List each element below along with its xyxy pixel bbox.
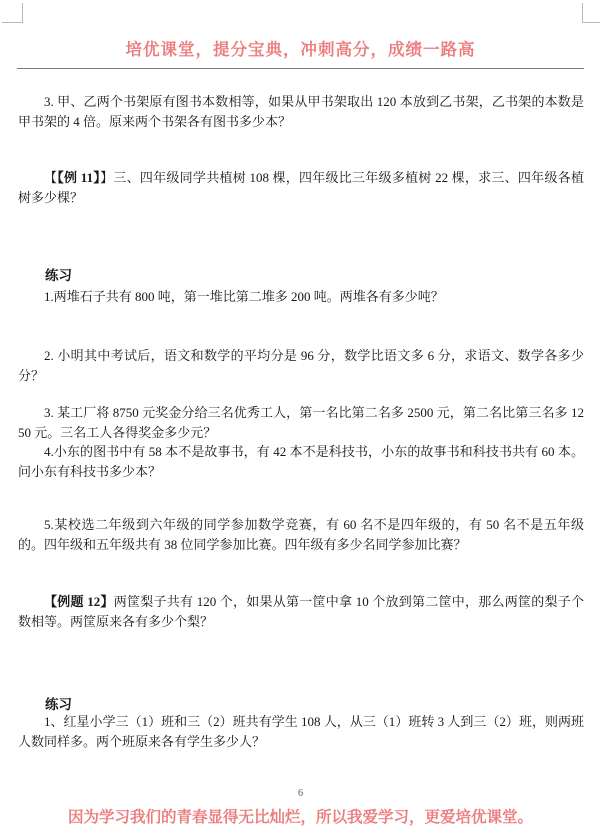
problem-3-bookshelves: 3. 甲、乙两个书架原有图书本数相等，如果从甲书架取出 120 本放到乙书架，乙… <box>18 92 584 132</box>
page-number: 6 <box>0 788 601 799</box>
example-11-label: 【例 11】 <box>57 170 100 185</box>
text-boundary-mark-top-left <box>2 3 23 23</box>
practice-heading-1: 练习 <box>18 266 584 286</box>
header-divider <box>17 68 584 69</box>
practice1-item-4: 4.小东的图书中有 58 本不是故事书，有 42 本不是科技书，小东的故事书和科… <box>18 442 584 482</box>
worksheet-page: 培优课堂，提分宝典，冲刺高分，成绩一路高 3. 甲、乙两个书架原有图书本数相等，… <box>0 0 601 838</box>
practice1-item-5: 5.某校选二年级到六年级的同学参加数学竞赛，有 60 名不是四年级的，有 50 … <box>18 515 584 555</box>
example-11-problem: 【【例 11】】三、四年级同学共植树 108 棵，四年级比三年级多植树 22 棵… <box>18 168 584 208</box>
example-12-problem: 【例题 12】两筐梨子共有 120 个，如果从第一筐中拿 10 个放到第二筐中，… <box>18 592 584 632</box>
page-header-slogan: 培优课堂，提分宝典，冲刺高分，成绩一路高 <box>0 36 601 60</box>
text-boundary-mark-top-right <box>582 3 600 23</box>
practice1-item-1: 1.两堆石子共有 800 吨，第一堆比第二堆多 200 吨。两堆各有多少吨？ <box>18 287 584 307</box>
practice1-item-2: 2. 小明其中考试后，语文和数学的平均分是 96 分，数学比语文多 6 分，求语… <box>18 346 584 386</box>
practice1-item-3: 3. 某工厂将 8750 元奖金分给三名优秀工人，第一名比第二名多 2500 元… <box>18 403 584 443</box>
example-11-bracket-open: 【 <box>44 170 57 185</box>
example-12-label: 【例题 12】 <box>44 594 114 609</box>
practice2-item-1: 1、红星小学三（1）班和三（2）班共有学生 108 人，从三（1）班转 3 人到… <box>18 712 584 752</box>
page-footer-slogan: 因为学习我们的青春显得无比灿烂，所以我爱学习，更爱培优课堂。 <box>0 805 601 827</box>
example-11-bracket-close: 】 <box>100 170 113 185</box>
